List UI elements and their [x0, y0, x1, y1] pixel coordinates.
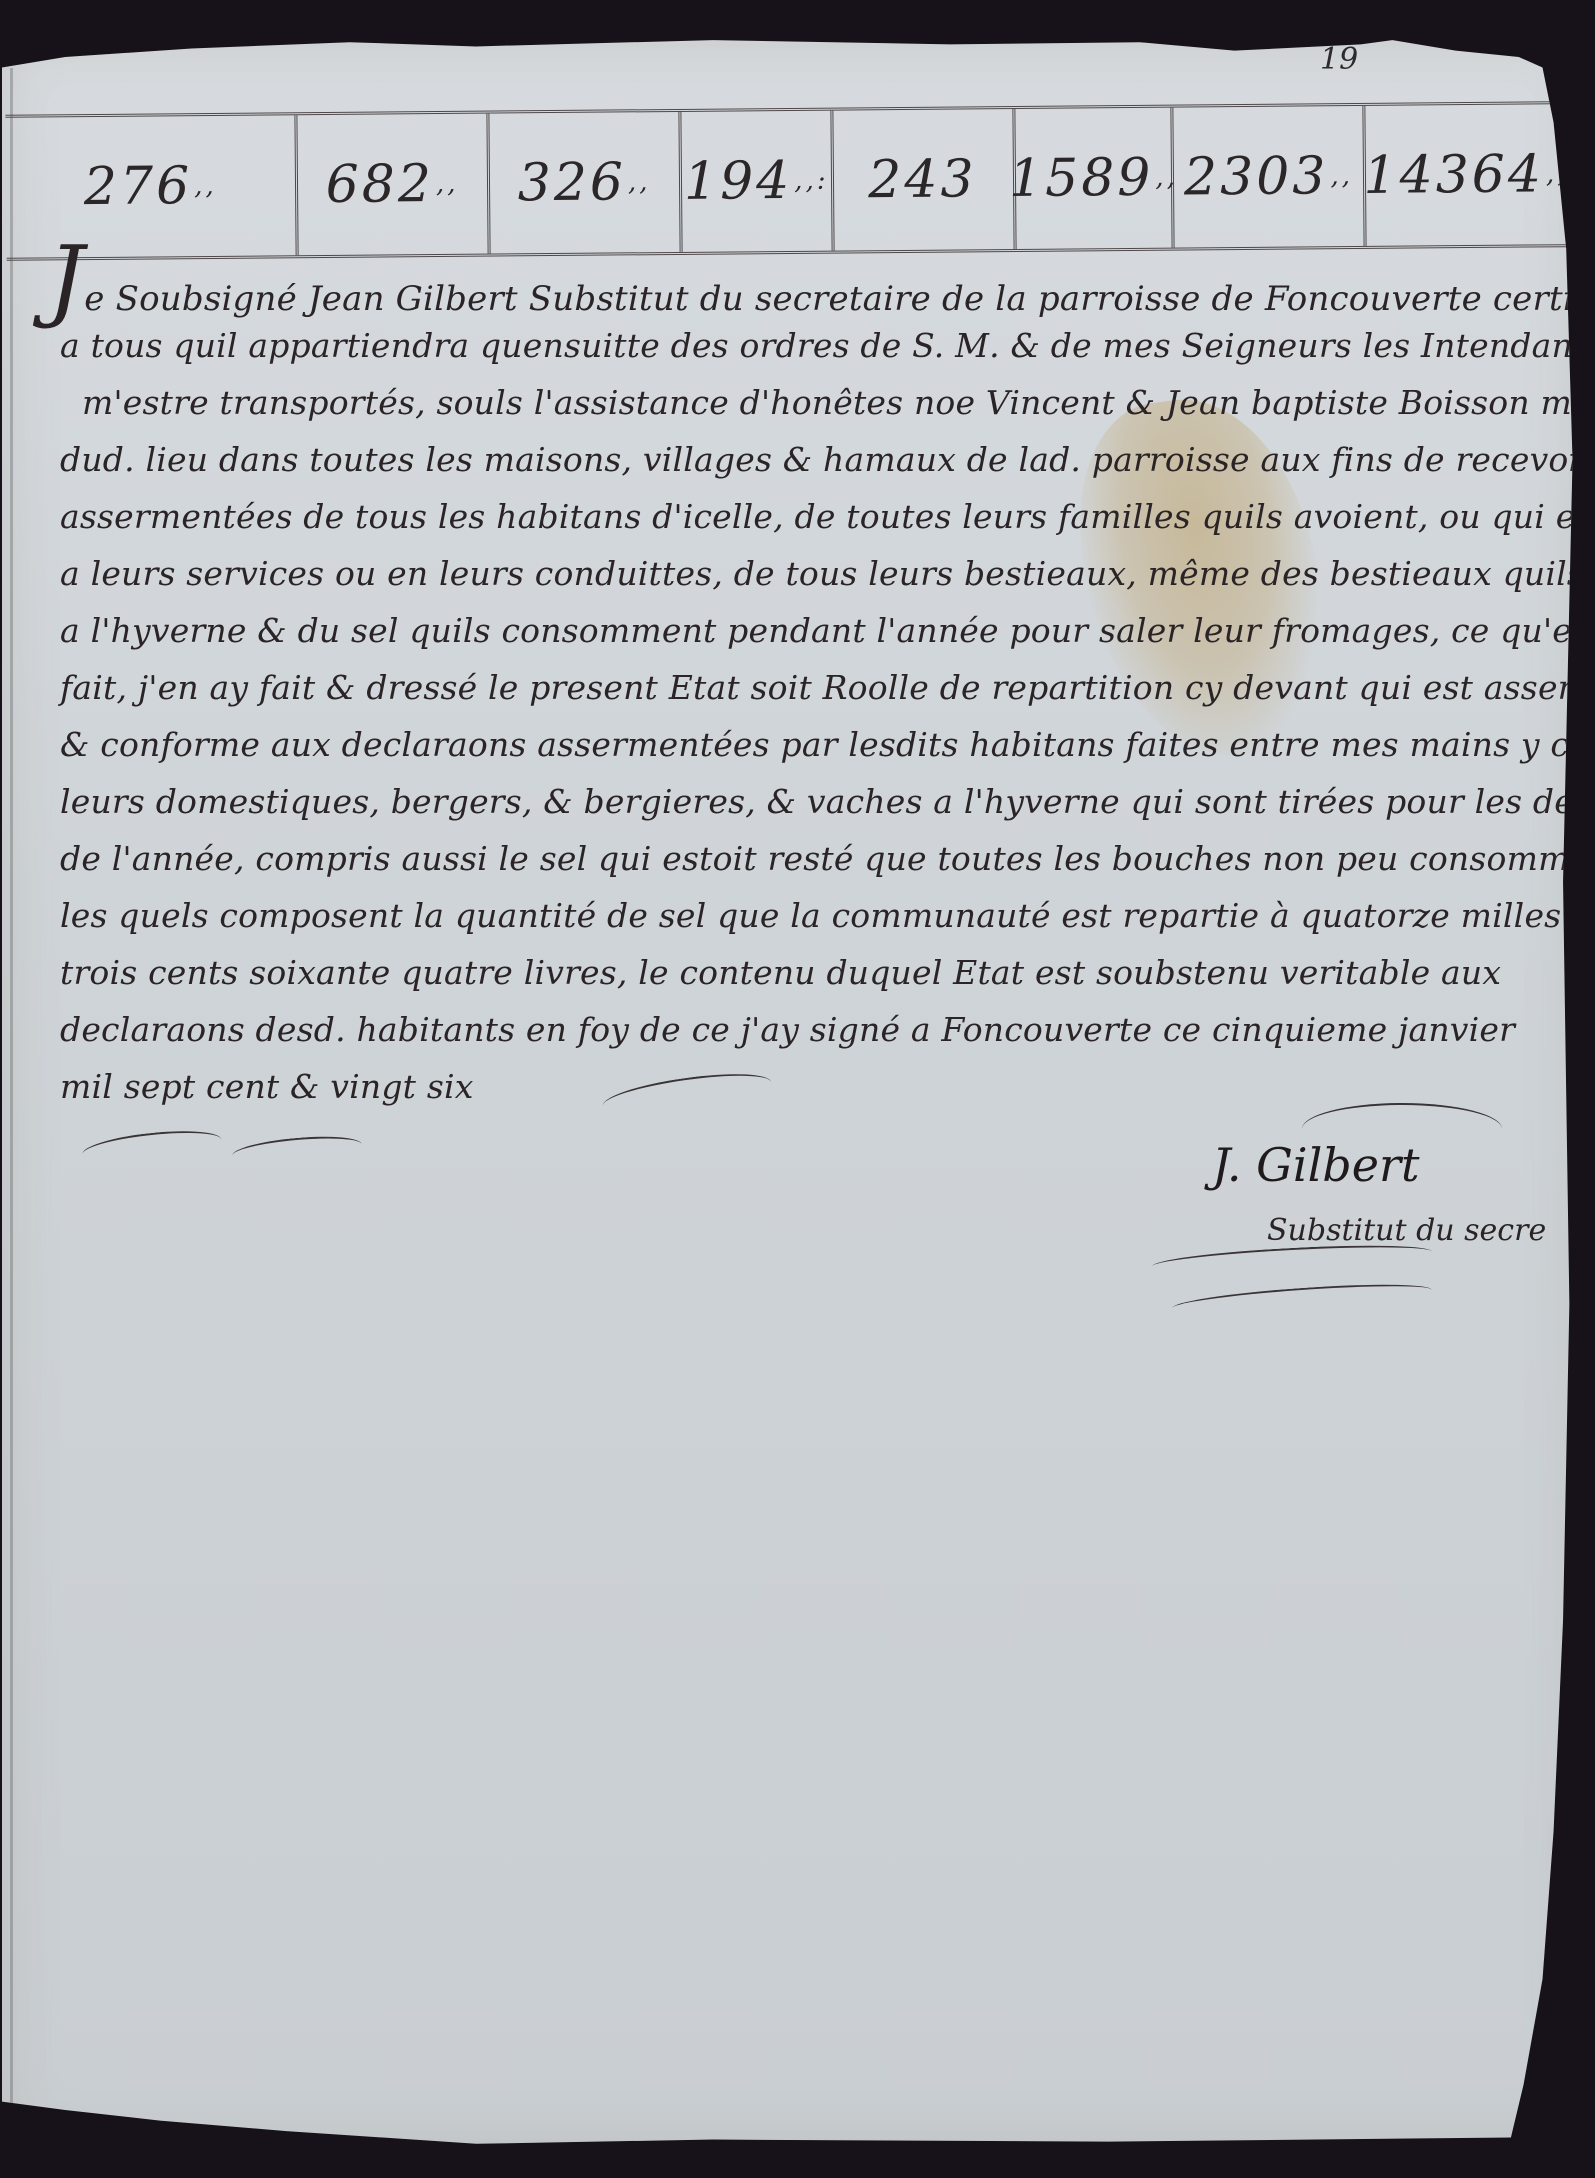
certificate-text: Je Soubsigné Jean Gilbert Substitut du s… — [42, 260, 1572, 1115]
tally-cell: 194,,: — [681, 111, 834, 252]
text-line: les quels composent la quantité de sel q… — [42, 887, 1572, 944]
ditto-mark: ,, — [194, 171, 217, 201]
margin-fold-line — [10, 68, 13, 2118]
text-line: a l'hyverne & du sel quils consomment pe… — [42, 602, 1572, 659]
text-line: a tous quil appartiendra quensuitte des … — [42, 317, 1572, 374]
text-line: dud. lieu dans toutes les maisons, villa… — [42, 431, 1572, 488]
text-line: assermentées de tous les habitans d'icel… — [42, 488, 1572, 545]
ditto-mark: ,, — [436, 169, 459, 199]
tally-value: 326 — [517, 152, 626, 213]
tally-cell: 2303,, — [1173, 106, 1366, 248]
tally-cell: 682,, — [297, 114, 490, 256]
tally-table: 276,, 682,, 326,, 194,,: 243 1589,, 2303… — [5, 101, 1566, 261]
tally-cell: 14364,, — [1365, 104, 1566, 246]
ditto-mark: ,, — [628, 167, 651, 197]
text-line: & conforme aux declaraons assermentées p… — [42, 716, 1572, 773]
text-line: trois cents soixante quatre livres, le c… — [42, 944, 1572, 1001]
signature-block: J. Gilbert Substitut du secre — [1152, 1098, 1552, 1318]
tally-value: 1589 — [1009, 148, 1154, 209]
tally-value: 243 — [868, 149, 977, 210]
tally-value: 14364 — [1363, 144, 1544, 206]
tally-value: 276 — [84, 156, 193, 217]
text-line: de l'année, compris aussi le sel qui est… — [42, 830, 1572, 887]
text-line: a leurs services ou en leurs conduittes,… — [42, 545, 1572, 602]
text-line: leurs domestiques, bergers, & bergieres,… — [42, 773, 1572, 830]
folio-number: 19 — [1320, 42, 1358, 77]
flourish-stroke — [231, 1132, 363, 1167]
tally-value: 2303 — [1184, 146, 1329, 207]
tally-cell: 243 — [833, 109, 1016, 251]
tally-value: 682 — [325, 154, 434, 215]
text-line: Je Soubsigné Jean Gilbert Substitut du s… — [42, 260, 1572, 317]
tally-value: 194 — [684, 151, 793, 212]
ditto-mark: ,, — [1330, 161, 1353, 191]
manuscript-page: 19 276,, 682,, 326,, 194,,: 243 1589,, 2… — [2, 38, 1582, 2148]
tally-cell: 326,, — [489, 112, 682, 254]
flourish-stroke — [81, 1126, 223, 1168]
signature-title: Substitut du secre — [1267, 1213, 1546, 1248]
tally-cell: 1589,, — [1015, 108, 1174, 249]
text-line: m'estre transportés, souls l'assistance … — [42, 374, 1572, 431]
signature-name: J. Gilbert — [1212, 1138, 1419, 1192]
ditto-mark: ,,: — [794, 166, 829, 196]
signature-underline — [1172, 1279, 1433, 1319]
text-line: declaraons desd. habitants en foy de ce … — [42, 1001, 1572, 1058]
text-line: fait, j'en ay fait & dressé le present E… — [42, 659, 1572, 716]
